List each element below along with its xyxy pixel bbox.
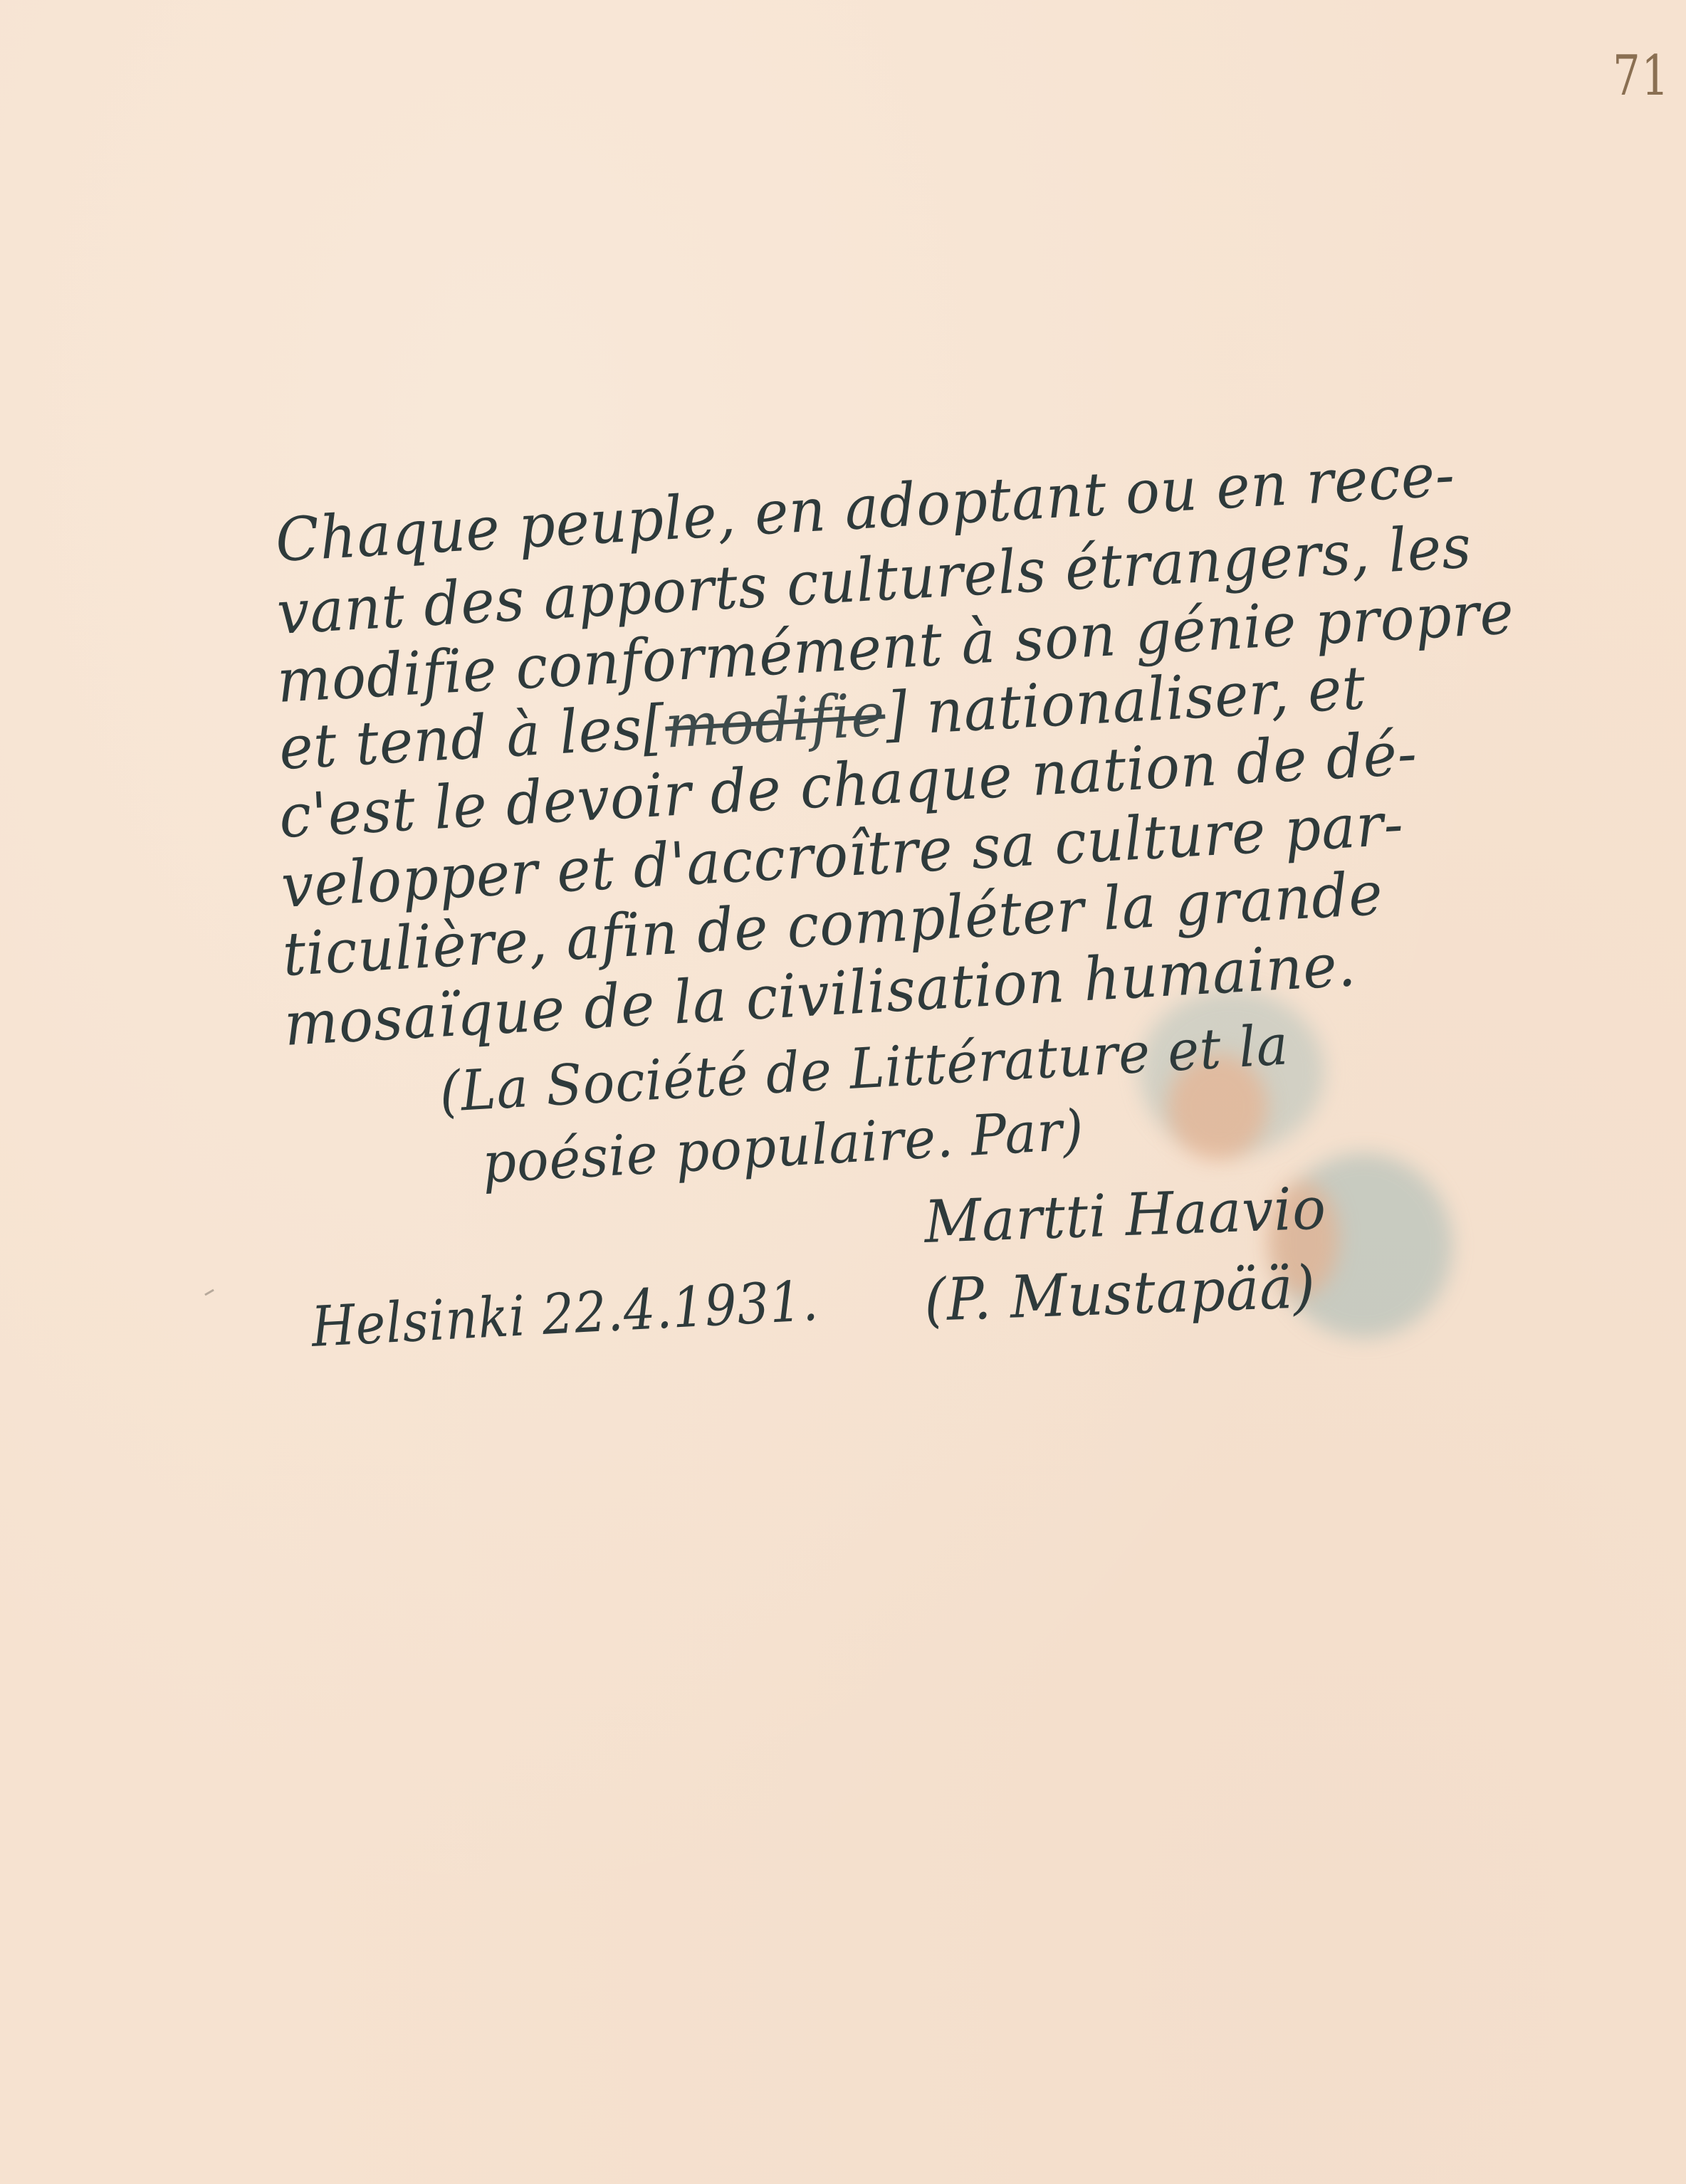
place-date: Helsinki 22.4.1931.	[310, 1269, 820, 1360]
manuscript-page: 71 Chaque peuple, en adoptant ou en rece…	[0, 0, 1686, 2184]
bracket-close: ]	[883, 678, 910, 750]
signature-pseudonym: (P. Mustapää)	[923, 1254, 1317, 1335]
page-number: 71	[1613, 44, 1670, 108]
signature-name: Martti Haavio	[923, 1175, 1328, 1256]
paper-mark	[204, 1289, 214, 1296]
